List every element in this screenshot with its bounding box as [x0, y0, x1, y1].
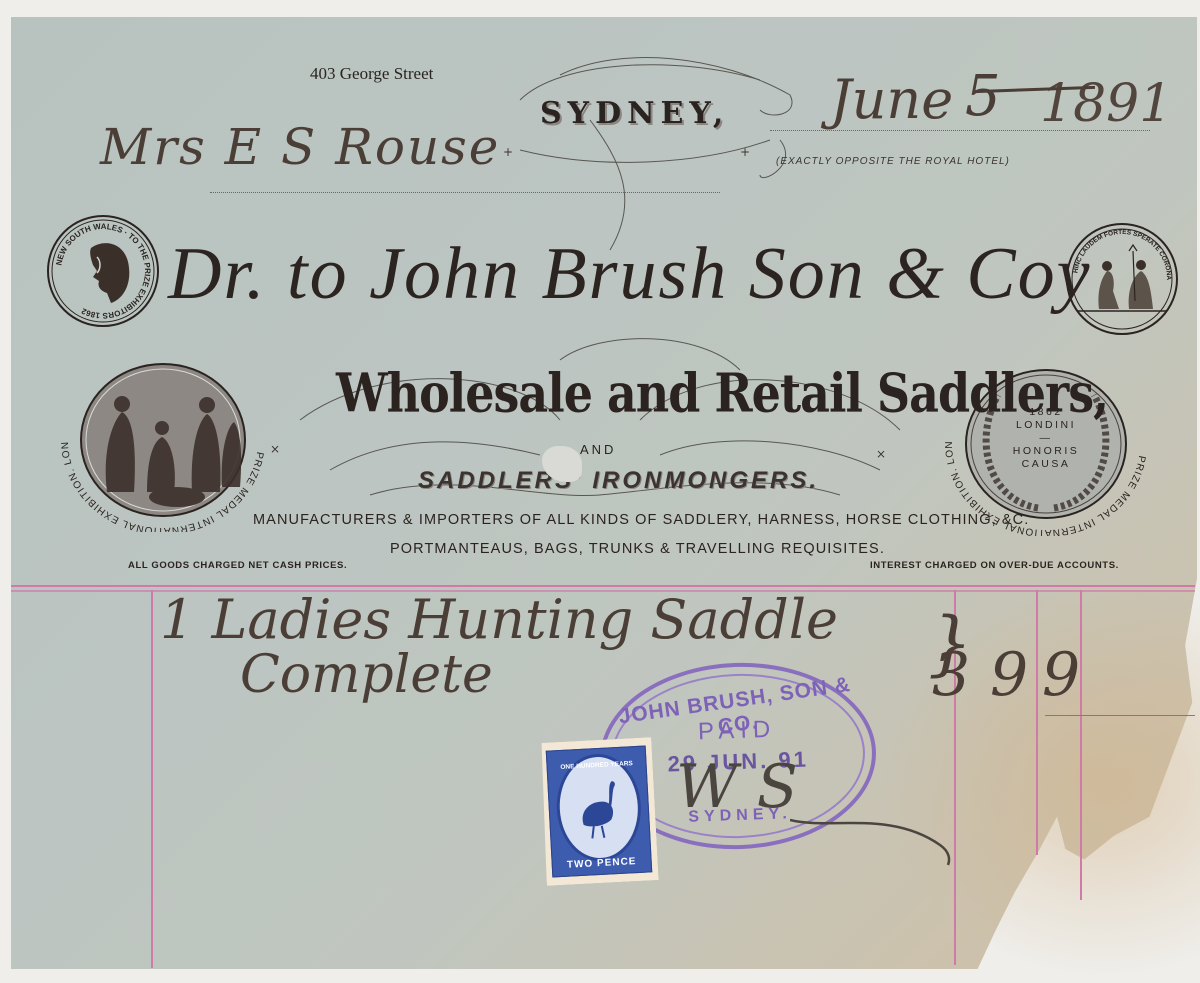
figures-scene-icon: PRIZE MEDAL INTERNATIONAL EXHIBITION. LO…	[52, 342, 274, 532]
nsw-medal: NEW SOUTH WALES · TO THE PRIZE EXHIBITOR…	[45, 213, 161, 329]
signature: W S	[676, 752, 798, 822]
products-line-2: PORTMANTEAUS, BAGS, TRUNKS & TRAVELLING …	[390, 541, 885, 557]
ruling-top-1	[11, 585, 1195, 587]
recipient-name: Mrs E S Rouse	[100, 118, 500, 176]
profile-head-icon: NEW SOUTH WALES · TO THE PRIZE EXHIBITOR…	[45, 213, 161, 329]
emu-icon	[567, 774, 630, 843]
street-address: 403 George Street	[310, 64, 433, 84]
products-line-1: MANUFACTURERS & IMPORTERS OF ALL KINDS O…	[253, 512, 1029, 528]
inscription-divider: —	[1000, 432, 1092, 445]
date-month: June	[830, 68, 953, 131]
ruling-shillings-column	[1036, 590, 1038, 855]
trade-conjunction: AND	[580, 442, 616, 457]
amount-pounds: 3	[932, 640, 970, 710]
amount-pence: 9	[1042, 640, 1080, 710]
date-day: 5	[965, 64, 1001, 129]
date-year: 1891	[1040, 74, 1172, 134]
amount-shillings: 9	[990, 640, 1028, 710]
recipient-dotted-line	[210, 192, 720, 193]
ruling-margin-left	[151, 590, 153, 968]
paper-crease	[1045, 715, 1195, 716]
location-note: (EXACTLY OPPOSITE THE ROYAL HOTEL)	[776, 156, 1010, 167]
trade-secondary: SADDLERS' IRONMONGERS.	[418, 467, 819, 495]
inscription-honoris: HONORIS	[1000, 445, 1092, 458]
city-heading: SYDNEY,	[540, 96, 729, 131]
terms-interest: INTEREST CHARGED ON OVER-DUE ACCOUNTS.	[870, 560, 1119, 571]
firm-name: Dr. to John Brush Son & Coy	[168, 232, 1092, 317]
ruling-pence-column	[1080, 590, 1082, 900]
london-figures-medal: PRIZE MEDAL INTERNATIONAL EXHIBITION. LO…	[52, 342, 274, 532]
line-item-description: 1 Ladies Hunting Saddle	[160, 588, 838, 651]
inscription-causa: CAUSA	[1000, 458, 1092, 471]
line-item-description-cont: Complete	[240, 645, 493, 705]
postage-stamp: ONE HUNDRED YEARS TWO PENCE	[539, 737, 658, 886]
trade-heading: Wholesale and Retail Saddlers,	[336, 362, 1108, 424]
date-dotted-line	[770, 130, 1150, 131]
terms-cash: ALL GOODS CHARGED NET CASH PRICES.	[128, 560, 347, 571]
